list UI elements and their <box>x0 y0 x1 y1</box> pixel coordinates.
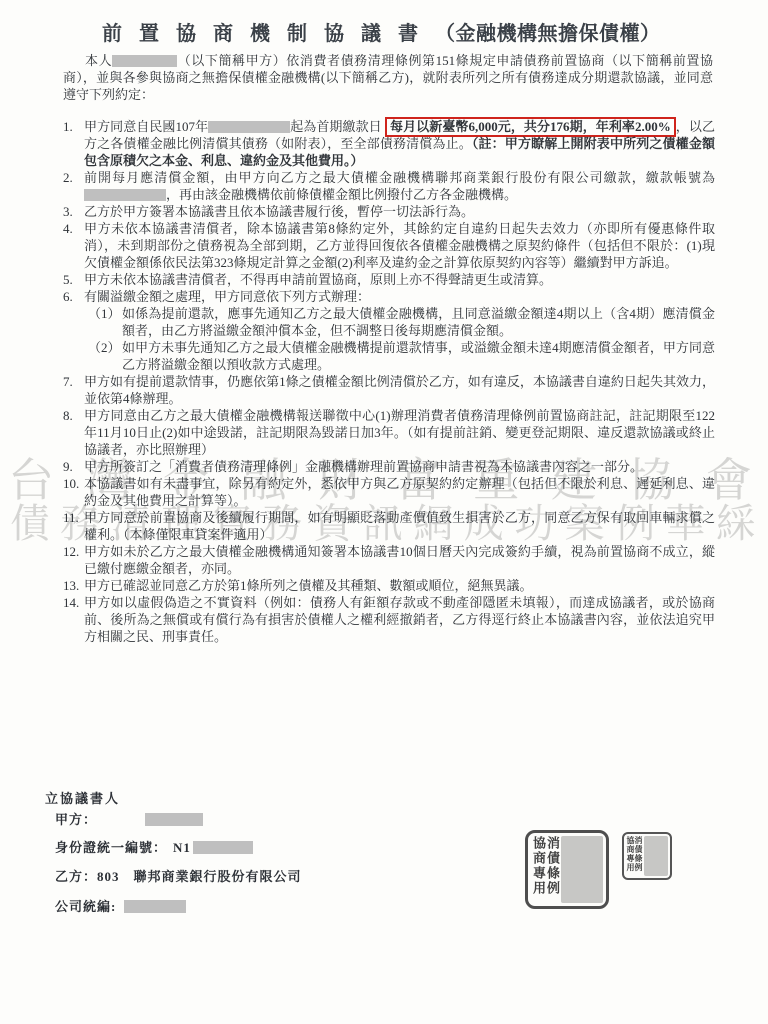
clause-number: 11. <box>63 509 79 526</box>
watermark-character: 綵 <box>716 504 756 544</box>
redacted-text <box>208 121 290 133</box>
clause-list: 1.甲方同意自民國107年起為首期繳款日 每月以新臺幣6,000元，共分176期… <box>63 118 715 645</box>
clause-text: 甲方所簽訂之「消費者債務清理條例」金融機構辦理前置協商申請書視為本協議書內容之一… <box>84 459 643 474</box>
agreement-page: 台灣金融財富重建協會 債務清理實務資訊網成功案例華綵 前置協商機制協議書（金融機… <box>0 0 768 1024</box>
clause-text: 本協議書如有未盡事宜，除另有約定外，悉依甲方與乙方原契約約定辦理（包括但不限於利… <box>84 476 715 508</box>
page-title: 前置協商機制協議書（金融機構無擔保債權） <box>102 17 661 46</box>
clause-number: （1） <box>88 305 121 322</box>
clause-number: 2. <box>63 169 73 186</box>
clause-8: 8.甲方同意由乙方之最大債權金融機構報送聯徵中心(1)辦理消費者債務清理條例前置… <box>63 407 715 458</box>
clause-text: 甲方同意由乙方之最大債權金融機構報送聯徵中心(1)辦理消費者債務清理條例前置協商… <box>84 408 715 457</box>
redacted-stamp-large-area <box>561 836 603 903</box>
clause-（1）: （1）如係為提前還款，應事先通知乙方之最大債權金融機構，且同意溢繳金額達4期以上… <box>88 305 715 339</box>
negotiation-stamp-small: 消債條例協商專用 <box>622 832 672 880</box>
clause-body: 有關溢繳金額之處理，甲方同意依下列方式辦理： <box>84 289 370 304</box>
redacted-company-id <box>124 900 186 913</box>
watermark-character: 債 <box>10 504 50 544</box>
party-a-label: 甲方： <box>55 812 97 827</box>
clause-text: 甲方同意於前置協商及後續履行期間，如有明顯貶落動產價值致生損害於乙方，同意乙方保… <box>84 510 715 542</box>
intro-paragraph: 本人（以下簡稱甲方）依消費者債務清理條例第151條規定申請債務前置協商（以下簡稱… <box>63 52 713 103</box>
title-main: 前置協商機制協議書 <box>102 23 435 45</box>
clause-body: 甲方已確認並同意乙方於第1條所列之債權及其種類、數額或順位，絕無異議。 <box>84 578 533 593</box>
negotiation-stamp-large: 消債條例協商專用 <box>525 830 609 909</box>
clause-body: 本協議書如有未盡事宜，除另有約定外，悉依甲方與乙方原契約約定辦理（包括但不限於利… <box>84 476 715 508</box>
clause-body: 甲方如有提前還款情事，仍應依第1條之債權金額比例清償於乙方，如有違反，本協議書自… <box>84 374 715 406</box>
stamp-small-text: 消債條例協商專用 <box>626 836 642 876</box>
clause-2: 2.前開每月應清償金額，由甲方向乙方之最大債權金融機構聯邦商業銀行股份有限公司繳… <box>63 169 715 203</box>
clause-7: 7.甲方如有提前還款情事，仍應依第1條之債權金額比例清償於乙方，如有違反，本協議… <box>63 373 715 407</box>
clause-text: 如係為提前還款，應事先通知乙方之最大債權金融機構，且同意溢繳金額達4期以上（含4… <box>122 306 715 338</box>
company-id-row: 公司統編: <box>55 896 302 915</box>
clause-13: 13.甲方已確認並同意乙方於第1條所列之債權及其種類、數額或順位，絕無異議。 <box>63 577 715 594</box>
clause-number: 14. <box>63 594 79 611</box>
clause-text: 甲方未依本協議書清償者，除本協議書第8條約定外，其餘約定自違約日起失去效力（亦即… <box>84 221 715 270</box>
clause-text: 如甲方未事先通知乙方之最大債權金融機構提前還款情事，或溢繳金額未達4期應清償金額… <box>122 340 715 372</box>
clause-body: 甲方如未於乙方之最大債權金融機構通知簽署本協議書10個日曆天內完成簽約手續，視為… <box>84 544 715 576</box>
clause-text: 甲方如以虛假偽造之不實資料（例如：債務人有鉅額存款或不動產卻隱匿未填報），而達成… <box>84 595 715 644</box>
highlighted-terms: 每月以新臺幣6,000元，共分176期，年利率2.00% <box>385 117 676 137</box>
clause-body: 如甲方未事先通知乙方之最大債權金融機構提前還款情事，或溢繳金額未達4期應清償金額… <box>122 340 715 372</box>
clause-number: 6. <box>63 288 73 305</box>
clause-body: 乙方於甲方簽署本協議書且依本協議書履行後，暫停一切法訴行為。 <box>84 204 474 219</box>
redacted-text <box>112 55 177 67</box>
signatories-heading: 立協議書人 <box>45 788 302 807</box>
clause-number: 3. <box>63 203 73 220</box>
clause-5: 5.甲方未依本協議書清償者，不得再申請前置協商，原則上亦不得聲請更生或清算。 <box>63 271 715 288</box>
clause-number: （2） <box>88 339 121 356</box>
clause-10: 10.本協議書如有未盡事宜，除另有約定外，悉依甲方與乙方原契約約定辦理（包括但不… <box>63 475 715 509</box>
clause-text: 甲方同意自民國107年 <box>84 119 208 134</box>
company-id-label: 公司統編: <box>55 899 116 914</box>
redacted-party-a-name <box>145 813 203 826</box>
stamp-large-text: 消債條例協商專用 <box>531 836 559 903</box>
redacted-stamp-small-area <box>644 836 668 876</box>
clause-text: 乙方於甲方簽署本協議書且依本協議書履行後，暫停一切法訴行為。 <box>84 204 474 219</box>
clause-text: 前開每月應清償金額，由甲方向乙方之最大債權金融機構聯邦商業銀行股份有限公司繳款，… <box>84 170 715 185</box>
party-a-row: 甲方： <box>55 809 302 828</box>
clause-6: 6.有關溢繳金額之處理，甲方同意依下列方式辦理： <box>63 288 715 305</box>
clause-number: 4. <box>63 220 73 237</box>
redacted-text <box>84 189 166 201</box>
clause-number: 7. <box>63 373 73 390</box>
clause-text: 起為首期繳款日 <box>290 119 385 134</box>
clause-body: 甲方所簽訂之「消費者債務清理條例」金融機構辦理前置協商申請書視為本協議書內容之一… <box>84 459 643 474</box>
party-b-bank-name: 聯邦商業銀行股份有限公司 <box>134 869 302 884</box>
clause-body: 甲方同意由乙方之最大債權金融機構報送聯徵中心(1)辦理消費者債務清理條例前置協商… <box>84 408 715 457</box>
clause-text: 有關溢繳金額之處理，甲方同意依下列方式辦理： <box>84 289 370 304</box>
clause-number: 5. <box>63 271 73 288</box>
clause-14: 14.甲方如以虛假偽造之不實資料（例如：債務人有鉅額存款或不動產卻隱匿未填報），… <box>63 594 715 645</box>
clause-body: 甲方同意於前置協商及後續履行期間，如有明顯貶落動產價值致生損害於乙方，同意乙方保… <box>84 510 715 542</box>
clause-number: 8. <box>63 407 73 424</box>
clause-body: 如係為提前還款，應事先通知乙方之最大債權金融機構，且同意溢繳金額達4期以上（含4… <box>122 306 715 338</box>
clause-body: 甲方未依本協議書清償者，除本協議書第8條約定外，其餘約定自違約日起失去效力（亦即… <box>84 221 715 270</box>
signature-block: 立協議書人 甲方： 身份證統一編號：N1 乙方：803聯邦商業銀行股份有限公司 … <box>45 788 302 915</box>
id-number-row: 身份證統一編號：N1 <box>55 837 302 856</box>
clause-number: 9. <box>63 458 73 475</box>
clause-9: 9.甲方所簽訂之「消費者債務清理條例」金融機構辦理前置協商申請書視為本協議書內容… <box>63 458 715 475</box>
clause-number: 12. <box>63 543 79 560</box>
id-number-prefix: N1 <box>173 840 191 855</box>
clause-number: 13. <box>63 577 79 594</box>
clause-11: 11.甲方同意於前置協商及後續履行期間，如有明顯貶落動產價值致生損害於乙方，同意… <box>63 509 715 543</box>
clause-text: ，再由該金融機構依前條債權金額比例撥付乙方各金融機構。 <box>166 187 517 202</box>
party-b-row: 乙方：803聯邦商業銀行股份有限公司 <box>55 866 302 885</box>
clause-4: 4.甲方未依本協議書清償者，除本協議書第8條約定外，其餘約定自違約日起失去效力（… <box>63 220 715 271</box>
clause-text: 甲方未依本協議書清償者，不得再申請前置協商，原則上亦不得聲請更生或清算。 <box>84 272 552 287</box>
clause-number: 10. <box>63 475 79 492</box>
id-number-label: 身份證統一編號： <box>55 840 167 855</box>
clause-text: 甲方已確認並同意乙方於第1條所列之債權及其種類、數額或順位，絕無異議。 <box>84 578 533 593</box>
clause-1: 1.甲方同意自民國107年起為首期繳款日 每月以新臺幣6,000元，共分176期… <box>63 118 715 169</box>
party-b-label: 乙方：803 <box>55 869 120 884</box>
clause-12: 12.甲方如未於乙方之最大債權金融機構通知簽署本協議書10個日曆天內完成簽約手續… <box>63 543 715 577</box>
clause-body: 甲方如以虛假偽造之不實資料（例如：債務人有鉅額存款或不動產卻隱匿未填報），而達成… <box>84 595 715 644</box>
clause-number: 1. <box>63 118 73 135</box>
clause-text: 甲方如未於乙方之最大債權金融機構通知簽署本協議書10個日曆天內完成簽約手續，視為… <box>84 544 715 576</box>
clause-（2）: （2）如甲方未事先通知乙方之最大債權金融機構提前還款情事，或溢繳金額未達4期應清… <box>88 339 715 373</box>
clause-3: 3.乙方於甲方簽署本協議書且依本協議書履行後，暫停一切法訴行為。 <box>63 203 715 220</box>
clause-body: 甲方未依本協議書清償者，不得再申請前置協商，原則上亦不得聲請更生或清算。 <box>84 272 552 287</box>
clause-text: 甲方如有提前還款情事，仍應依第1條之債權金額比例清償於乙方，如有違反，本協議書自… <box>84 374 715 406</box>
redacted-id-number <box>193 841 253 854</box>
clause-text: 本人 <box>85 53 112 68</box>
title-parenthetical: （金融機構無擔保債權） <box>435 23 661 45</box>
clause-body: 前開每月應清償金額，由甲方向乙方之最大債權金融機構聯邦商業銀行股份有限公司繳款，… <box>84 170 715 202</box>
watermark-character: 台 <box>8 458 54 504</box>
clause-body: 甲方同意自民國107年起為首期繳款日 每月以新臺幣6,000元，共分176期，年… <box>84 119 715 168</box>
